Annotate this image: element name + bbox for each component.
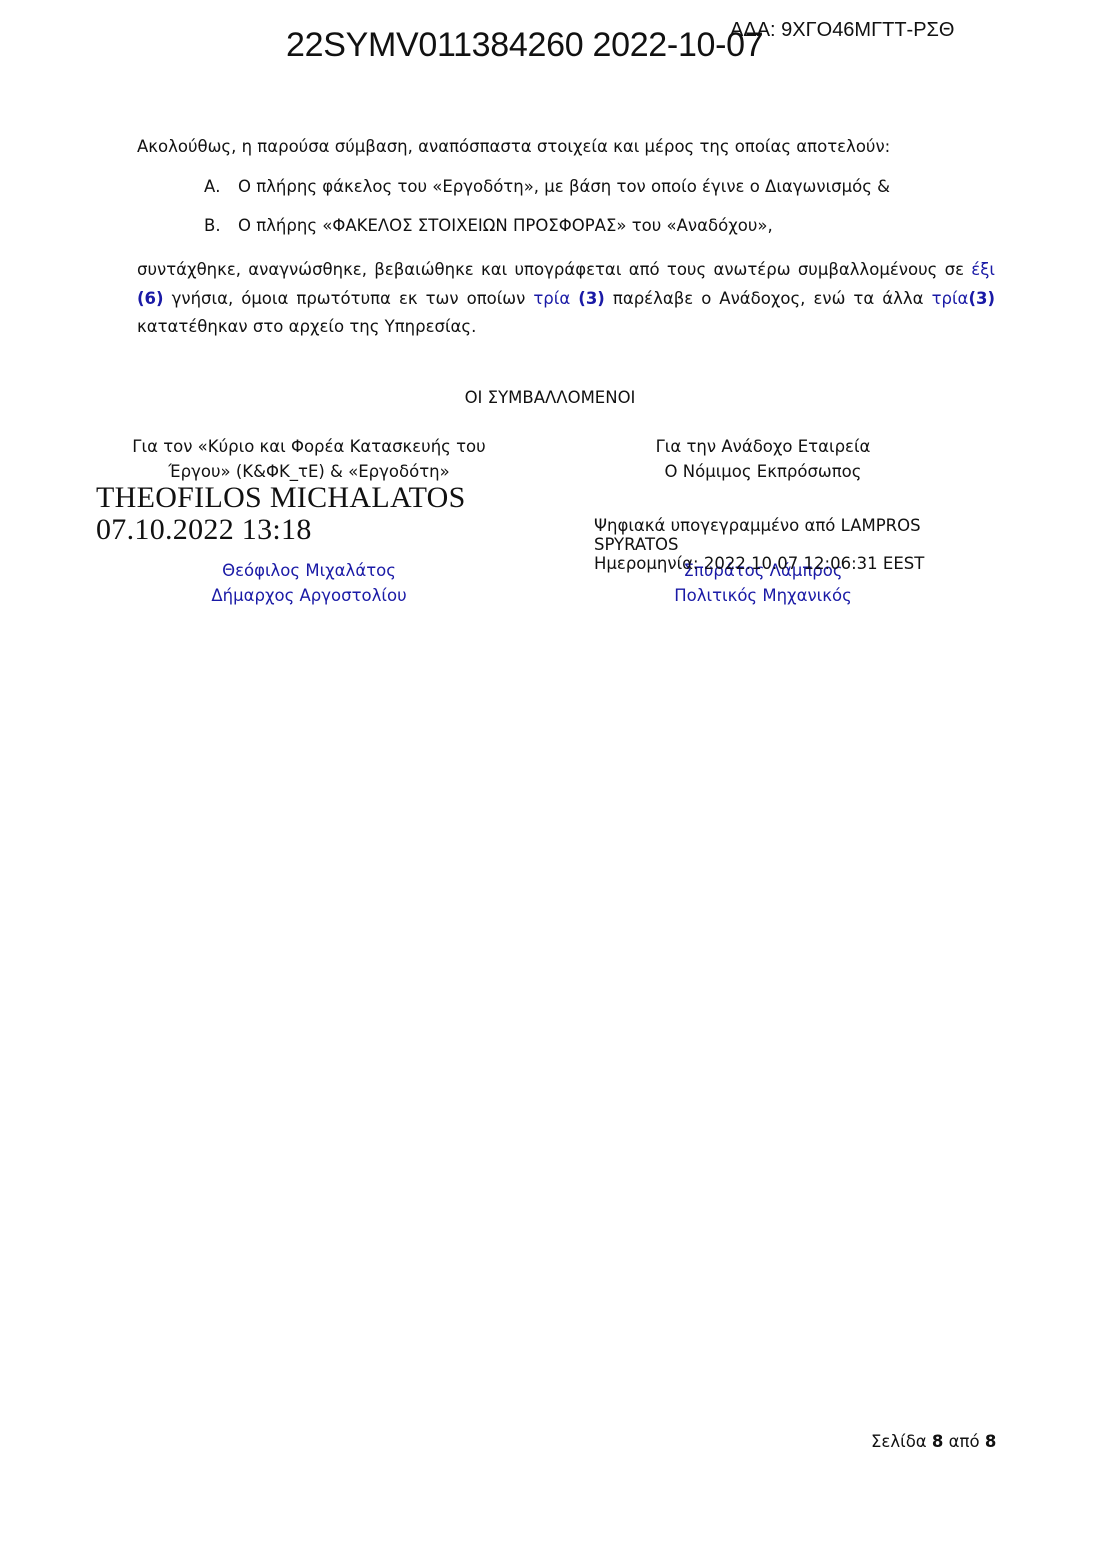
right-party-line2: Ο Νόμιμος Εκπρόσωπος <box>600 460 926 485</box>
digital-signature-line3: Ημερομηνία: 2022.10.07 12:06:31 EEST <box>594 554 924 573</box>
total-pages: 8 <box>985 1432 996 1451</box>
right-signer-title: Πολιτικός Μηχανικός <box>600 583 926 608</box>
right-party-line1: Για την Ανάδοχο Εταιρεία <box>600 435 926 460</box>
right-digital-signature[interactable]: Ψηφιακά υπογεγραμμένο από LAMPROS SPYRAT… <box>594 516 924 573</box>
paragraph-text: κατατέθηκαν στο αρχείο της Υπηρεσίας. <box>137 317 476 336</box>
left-signer: Θεόφιλος Μιχαλάτος Δήμαρχος Αργοστολίου <box>110 558 508 608</box>
signature-date: 07.10.2022 13:18 <box>96 514 466 546</box>
intro-text: Ακολούθως, η παρούσα σύμβαση, αναπόσπαστ… <box>137 137 890 156</box>
list-item-text: Ο πλήρης φάκελος του «Εργοδότη», με βάση… <box>238 177 890 196</box>
left-party-heading: Για τον «Κύριο και Φορέα Κατασκευής του … <box>100 435 518 484</box>
parties-title: ΟΙ ΣΥΜΒΑΛΛΟΜΕΝΟΙ <box>0 388 1100 407</box>
of-label: από <box>949 1432 980 1451</box>
ada-code: ΑΔΑ: 9ΧΓΟ46ΜΓΤΤ-ΡΣΘ <box>730 19 954 42</box>
contractor-copies-number: (3) <box>578 289 605 308</box>
right-party-heading: Για την Ανάδοχο Εταιρεία Ο Νόμιμος Εκπρό… <box>600 435 926 484</box>
left-signer-title: Δήμαρχος Αργοστολίου <box>110 583 508 608</box>
signature-name: THEOFILOS MICHALATOS <box>96 482 466 514</box>
page-label: Σελίδα <box>871 1432 927 1451</box>
digital-signature-line1: Ψηφιακά υπογεγραμμένο από LAMPROS <box>594 516 924 535</box>
archive-copies-word: τρία <box>932 289 969 308</box>
page-number: Σελίδα 8 από 8 <box>871 1432 996 1451</box>
list-item-text: Ο πλήρης «ΦΑΚΕΛΟΣ ΣΤΟΙΧΕΙΩΝ ΠΡΟΣΦΟΡΑΣ» τ… <box>238 216 773 235</box>
archive-copies-number: (3) <box>968 289 995 308</box>
list-item: Β.Ο πλήρης «ΦΑΚΕΛΟΣ ΣΤΟΙΧΕΙΩΝ ΠΡΟΣΦΟΡΑΣ»… <box>204 216 773 235</box>
copies-number: (6) <box>137 289 164 308</box>
list-marker: Α. <box>204 177 238 196</box>
paragraph-text: παρέλαβε ο Ανάδοχος, ενώ τα άλλα <box>605 289 932 308</box>
list-marker: Β. <box>204 216 238 235</box>
copies-word: έξι <box>971 260 995 279</box>
left-digital-signature[interactable]: THEOFILOS MICHALATOS 07.10.2022 13:18 <box>96 482 466 546</box>
digital-signature-line2: SPYRATOS <box>594 535 924 554</box>
contractor-copies-word: τρία <box>533 289 570 308</box>
left-signer-name: Θεόφιλος Μιχαλάτος <box>110 558 508 583</box>
document-id: 22SYMV011384260 2022-10-07 <box>286 26 763 65</box>
left-party-line1: Για τον «Κύριο και Φορέα Κατασκευής του <box>100 435 518 460</box>
paragraph-text: συντάχθηκε, αναγνώσθηκε, βεβαιώθηκε και … <box>137 260 971 279</box>
list-item: Α.Ο πλήρης φάκελος του «Εργοδότη», με βά… <box>204 177 890 196</box>
agreement-paragraph: συντάχθηκε, αναγνώσθηκε, βεβαιώθηκε και … <box>137 256 995 342</box>
current-page: 8 <box>932 1432 943 1451</box>
paragraph-text: γνήσια, όμοια πρωτότυπα εκ των οποίων <box>164 289 534 308</box>
